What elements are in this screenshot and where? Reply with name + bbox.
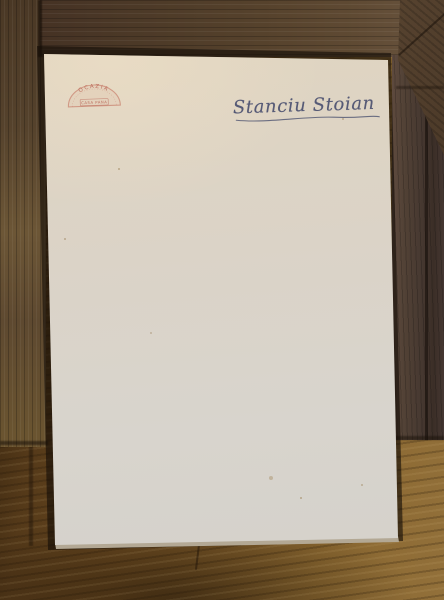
wood-seam [0, 441, 48, 445]
photo-of-signed-paper-on-wood: OCAZIA CASA PANA Stanciu Stoian [0, 0, 444, 600]
paper-sheet: OCAZIA CASA PANA Stanciu Stoian [0, 0, 444, 600]
handwritten-signature: Stanciu Stoian [233, 93, 384, 126]
stamp-line-text: CASA PANA [81, 99, 107, 105]
wood-seam [396, 86, 444, 89]
foxing-specks [118, 168, 120, 170]
ink-stamp: OCAZIA CASA PANA [65, 81, 124, 109]
wood-groove [29, 442, 33, 546]
